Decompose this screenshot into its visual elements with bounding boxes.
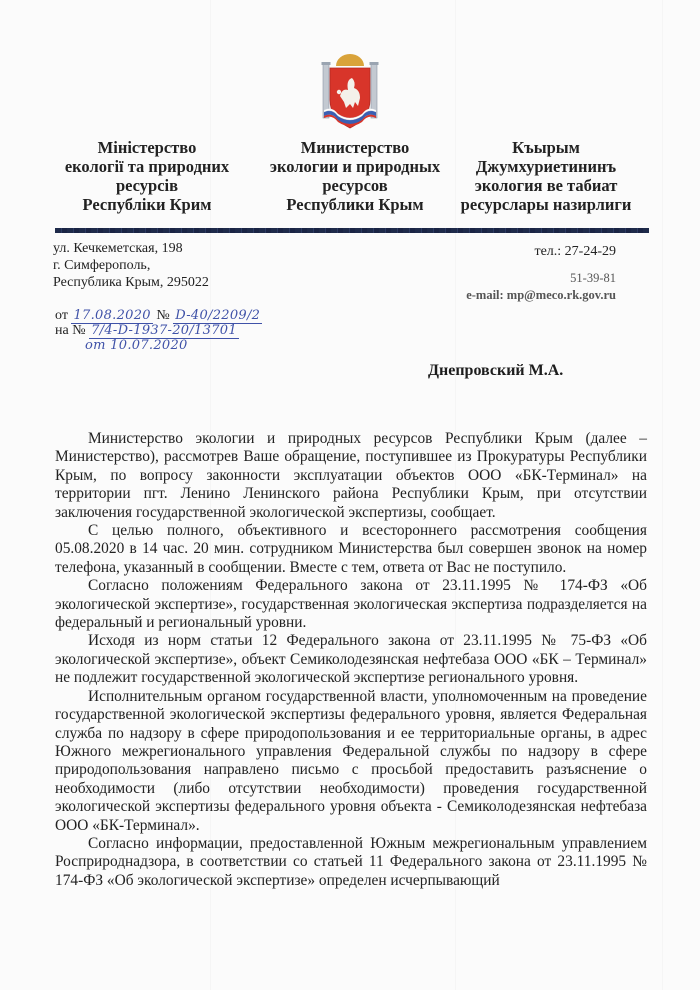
email-address[interactable]: e-mail: mp@meco.rk.gov.ru <box>466 287 616 304</box>
outgoing-ref-line: от 17.08.2020 № D-40/2209/2 <box>55 308 262 323</box>
letter-page: Міністерство екології та природних ресур… <box>0 0 700 990</box>
header-line: Республіки Крим <box>47 195 247 214</box>
paragraph: Согласно положениям Федерального закона … <box>55 577 647 632</box>
header-line: Министерство <box>255 138 455 157</box>
header-line: Къырым <box>446 138 646 157</box>
header-line: ресурслары назирлиги <box>446 195 646 214</box>
header-line: екології та природних <box>47 157 247 176</box>
incoming-date: от 10.07.2020 <box>85 338 188 353</box>
header-russian: Министерство экологии и природных ресурс… <box>255 138 455 214</box>
letter-body: Министерство экологии и природных ресурс… <box>55 430 647 890</box>
address-line: ул. Кечкеметская, 198 <box>53 240 209 257</box>
paragraph: Исполнительным органом государственной в… <box>55 688 647 835</box>
header-line: экология ве табиат <box>446 176 646 195</box>
incoming-ref-line: на № 7/4-D-1937-20/13701 <box>55 323 262 338</box>
header-line: ресурсів <box>47 176 247 195</box>
postal-address: ул. Кечкеметская, 198 г. Симферополь, Ре… <box>53 240 209 291</box>
phone-number: тел.: 27-24-29 <box>466 243 616 260</box>
header-line: Джумхуриетининъ <box>446 157 646 176</box>
outgoing-date: 17.08.2020 <box>71 308 152 324</box>
header-line: экологии и природных <box>255 157 455 176</box>
incoming-number: 7/4-D-1937-20/13701 <box>89 323 239 339</box>
header-crimean-tatar: Къырым Джумхуриетининъ экология ве табиа… <box>446 138 646 214</box>
address-line: г. Симферополь, <box>53 257 209 274</box>
document-reference: от 17.08.2020 № D-40/2209/2 на № 7/4-D-1… <box>55 308 262 353</box>
paragraph: С целью полного, объективного и всесторо… <box>55 522 647 577</box>
header-line: ресурсов <box>255 176 455 195</box>
addressee: Днепровский М.А. <box>428 362 563 380</box>
incoming-date-line: от 10.07.2020 <box>55 338 262 353</box>
reply-label: на № <box>55 323 86 338</box>
paragraph: Согласно информации, предоставленной Южн… <box>55 835 647 890</box>
header-line: Республики Крым <box>255 195 455 214</box>
address-line: Республика Крым, 295022 <box>53 274 209 291</box>
paragraph: Исходя из норм статьи 12 Федерального за… <box>55 632 647 687</box>
fax-number: 51-39-81 <box>466 270 616 287</box>
header-line: Міністерство <box>47 138 247 157</box>
paragraph: Министерство экологии и природных ресурс… <box>55 430 647 522</box>
crimea-coat-of-arms-icon <box>320 50 380 135</box>
header-ukrainian: Міністерство екології та природних ресур… <box>47 138 247 214</box>
outgoing-number: D-40/2209/2 <box>173 308 262 324</box>
from-label: от <box>55 308 68 323</box>
contact-info: тел.: 27-24-29 51-39-81 e-mail: mp@meco.… <box>466 243 616 304</box>
number-label: № <box>156 308 169 323</box>
header-divider <box>55 228 649 233</box>
